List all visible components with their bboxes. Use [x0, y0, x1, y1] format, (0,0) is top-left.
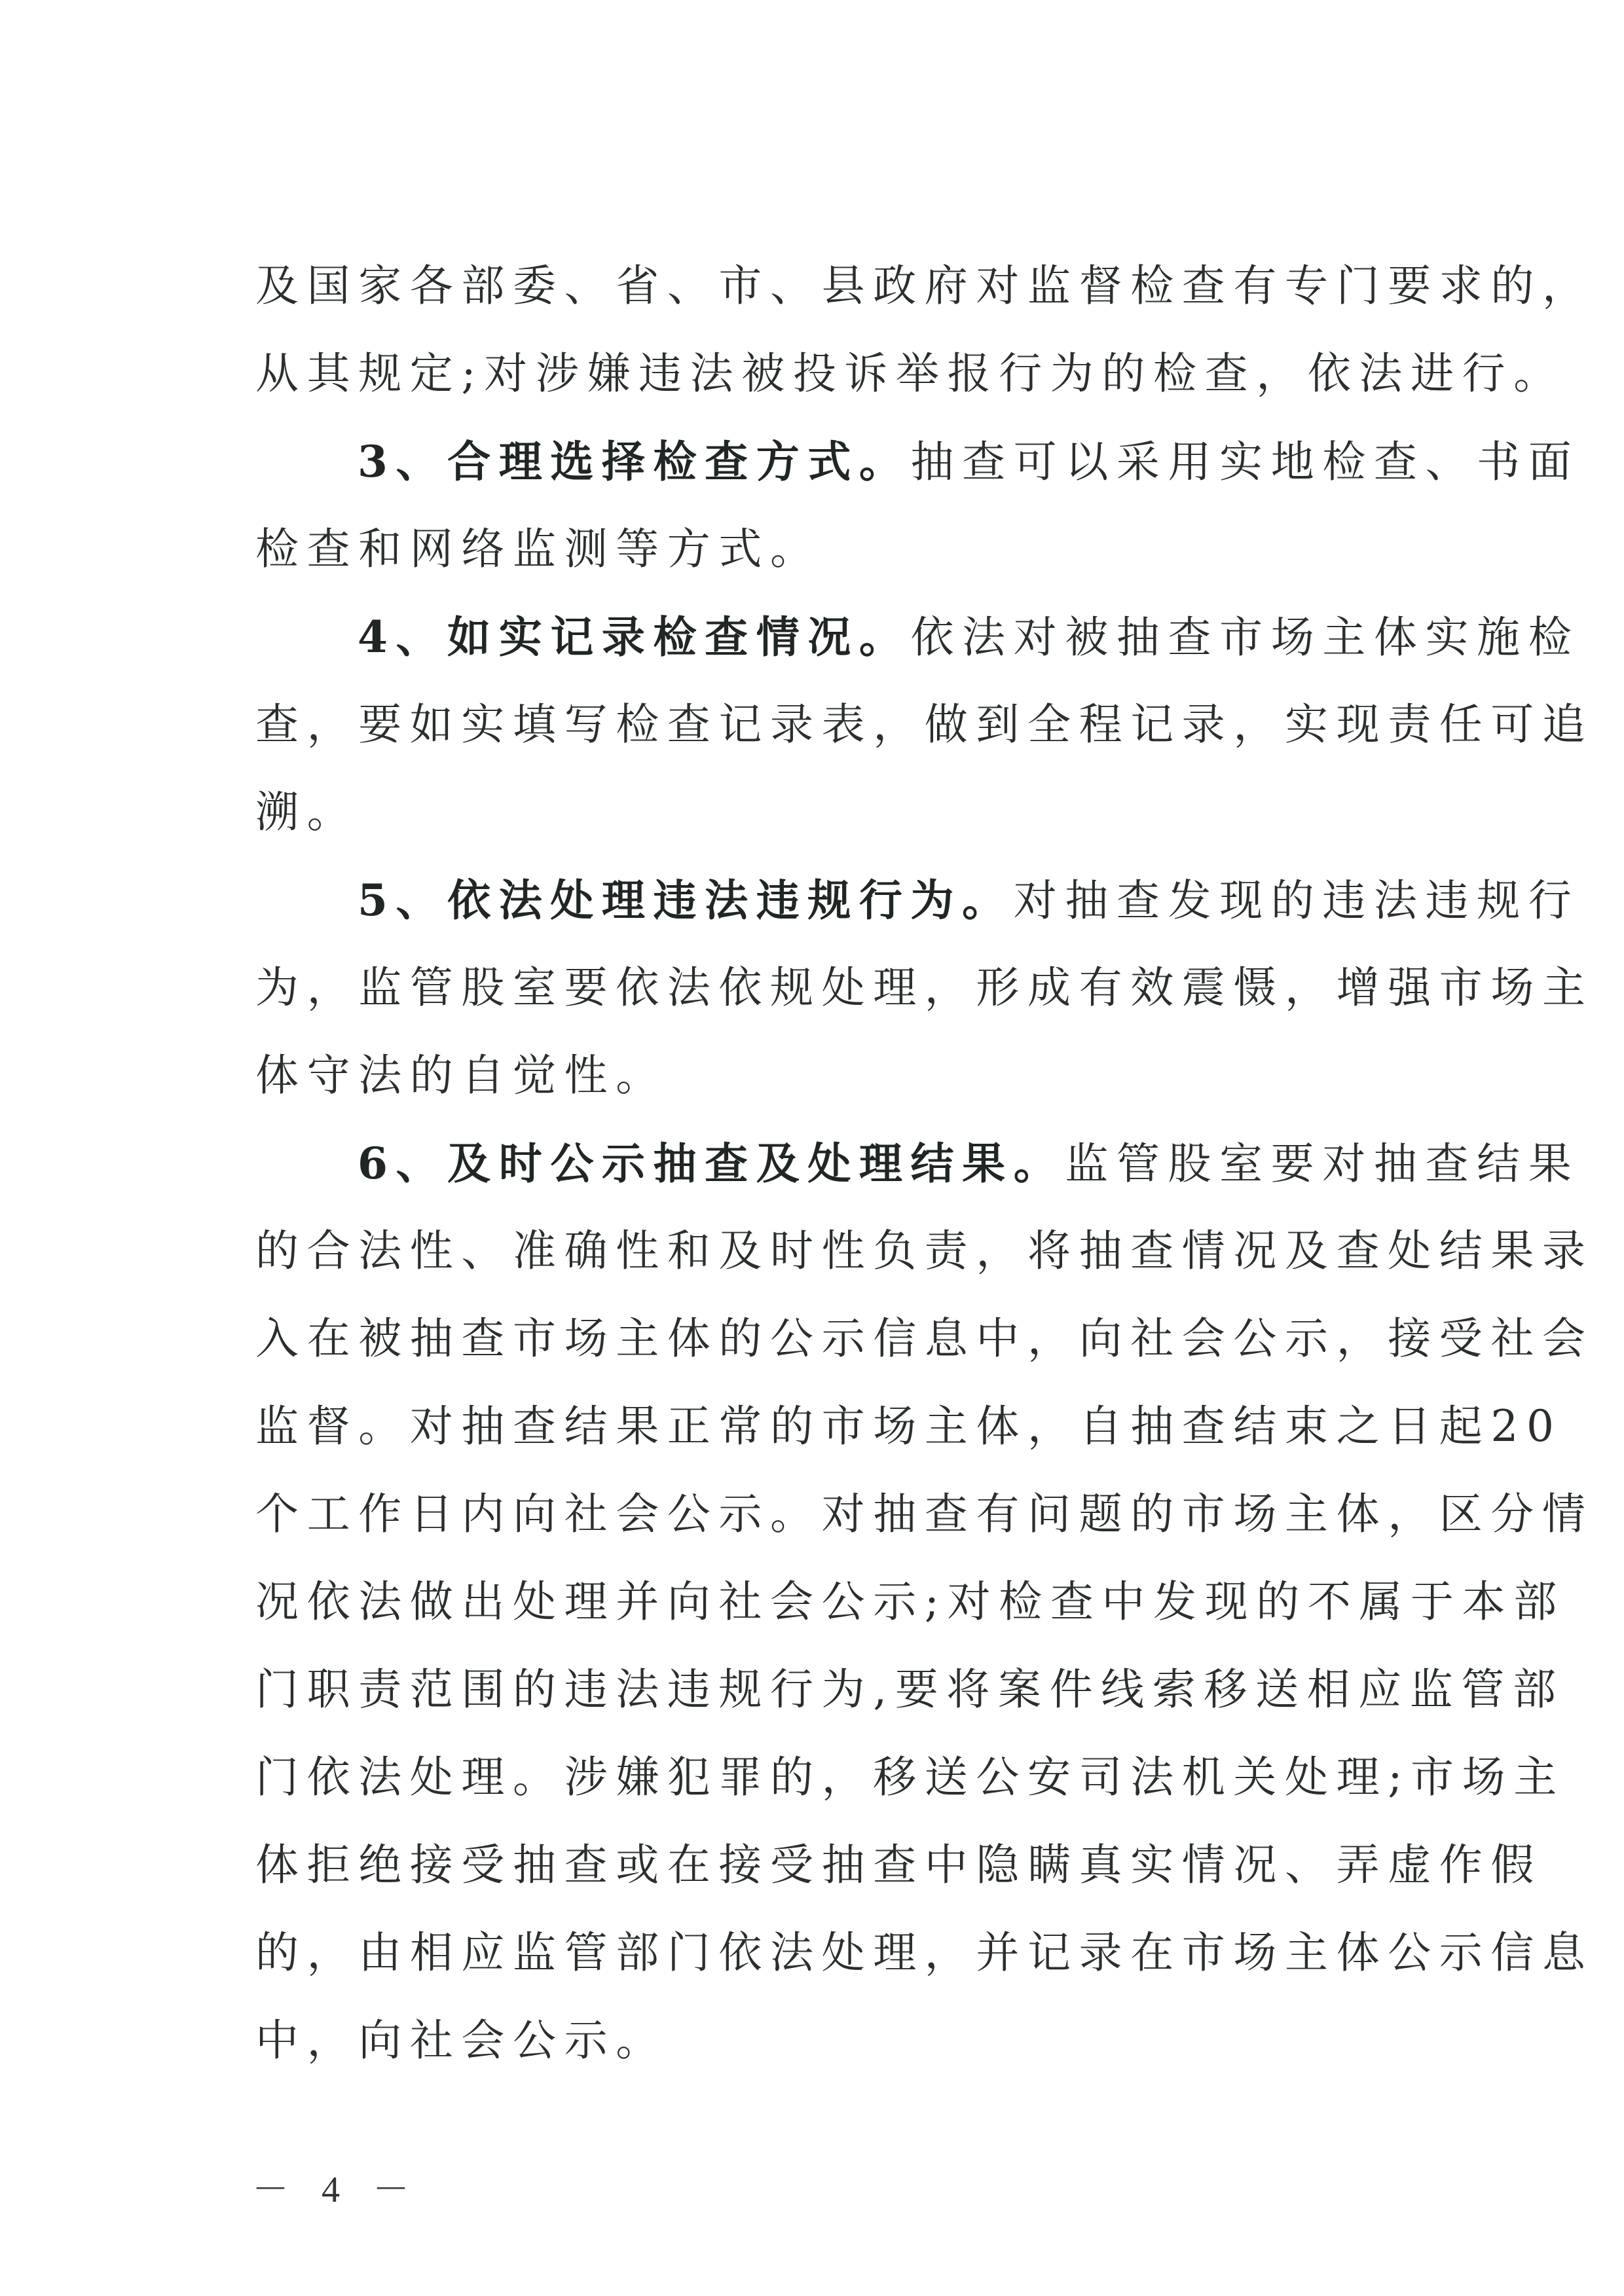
- section-5-first-line: 5、依法处理违法违规行为。对抽查发现的违法违规行: [255, 856, 1392, 944]
- section-6-first-line: 6、及时公示抽查及处理结果。监管股室要对抽查结果: [255, 1120, 1392, 1207]
- text-line: 门依法处理。涉嫌犯罪的，移送公安司法机关处理;市场主: [255, 1734, 1392, 1821]
- text-line: 的合法性、准确性和及时性负责，将抽查情况及查处结果录: [255, 1207, 1392, 1295]
- section-heading-3: 3、合理选择检查方式。: [358, 436, 911, 487]
- text-span: 对抽查发现的违法违规行: [1014, 875, 1580, 926]
- text-line: 体守法的自觉性。: [255, 1032, 1392, 1120]
- document-body: 及国家各部委、省、市、县政府对监督检查有专门要求的， 从其规定;对涉嫌违法被投诉…: [255, 242, 1392, 2085]
- section-heading-5: 5、依法处理违法违规行为。: [358, 875, 1014, 926]
- text-line: 门职责范围的违法违规行为,要将案件线索移送相应监管部: [255, 1646, 1392, 1734]
- text-line: 检查和网络监测等方式。: [255, 505, 1392, 593]
- text-line: 监督。对抽查结果正常的市场主体，自抽查结束之日起20: [255, 1383, 1392, 1470]
- text-line: 为，监管股室要依法依规处理，形成有效震慑，增强市场主: [255, 944, 1392, 1032]
- text-line: 从其规定;对涉嫌违法被投诉举报行为的检查，依法进行。: [255, 330, 1392, 418]
- section-3-first-line: 3、合理选择检查方式。抽查可以采用实地检查、书面: [255, 418, 1392, 505]
- text-span: 监管股室要对抽查结果: [1065, 1139, 1579, 1189]
- page-number: － 4 －: [252, 2160, 421, 2213]
- text-line: 的，由相应监管部门依法处理，并记录在市场主体公示信息: [255, 1909, 1392, 1997]
- text-span: 抽查可以采用实地检查、书面: [911, 437, 1580, 487]
- text-line: 查，要如实填写检查记录表，做到全程记录，实现责任可追: [255, 681, 1392, 769]
- section-heading-4: 4、如实记录检查情况。: [358, 611, 911, 663]
- section-heading-6: 6、及时公示抽查及处理结果。: [358, 1138, 1065, 1189]
- text-line: 溯。: [255, 769, 1392, 856]
- text-line: 中，向社会公示。: [255, 1997, 1392, 2085]
- text-line: 体拒绝接受抽查或在接受抽查中隐瞒真实情况、弄虚作假: [255, 1821, 1392, 1909]
- text-line: 及国家各部委、省、市、县政府对监督检查有专门要求的，: [255, 242, 1392, 330]
- text-line: 个工作日内向社会公示。对抽查有问题的市场主体，区分情: [255, 1470, 1392, 1558]
- section-4-first-line: 4、如实记录检查情况。依法对被抽查市场主体实施检: [255, 593, 1392, 681]
- text-line: 入在被抽查市场主体的公示信息中，向社会公示，接受社会: [255, 1295, 1392, 1383]
- text-line: 况依法做出处理并向社会公示;对检查中发现的不属于本部: [255, 1558, 1392, 1646]
- text-span: 依法对被抽查市场主体实施检: [911, 612, 1580, 663]
